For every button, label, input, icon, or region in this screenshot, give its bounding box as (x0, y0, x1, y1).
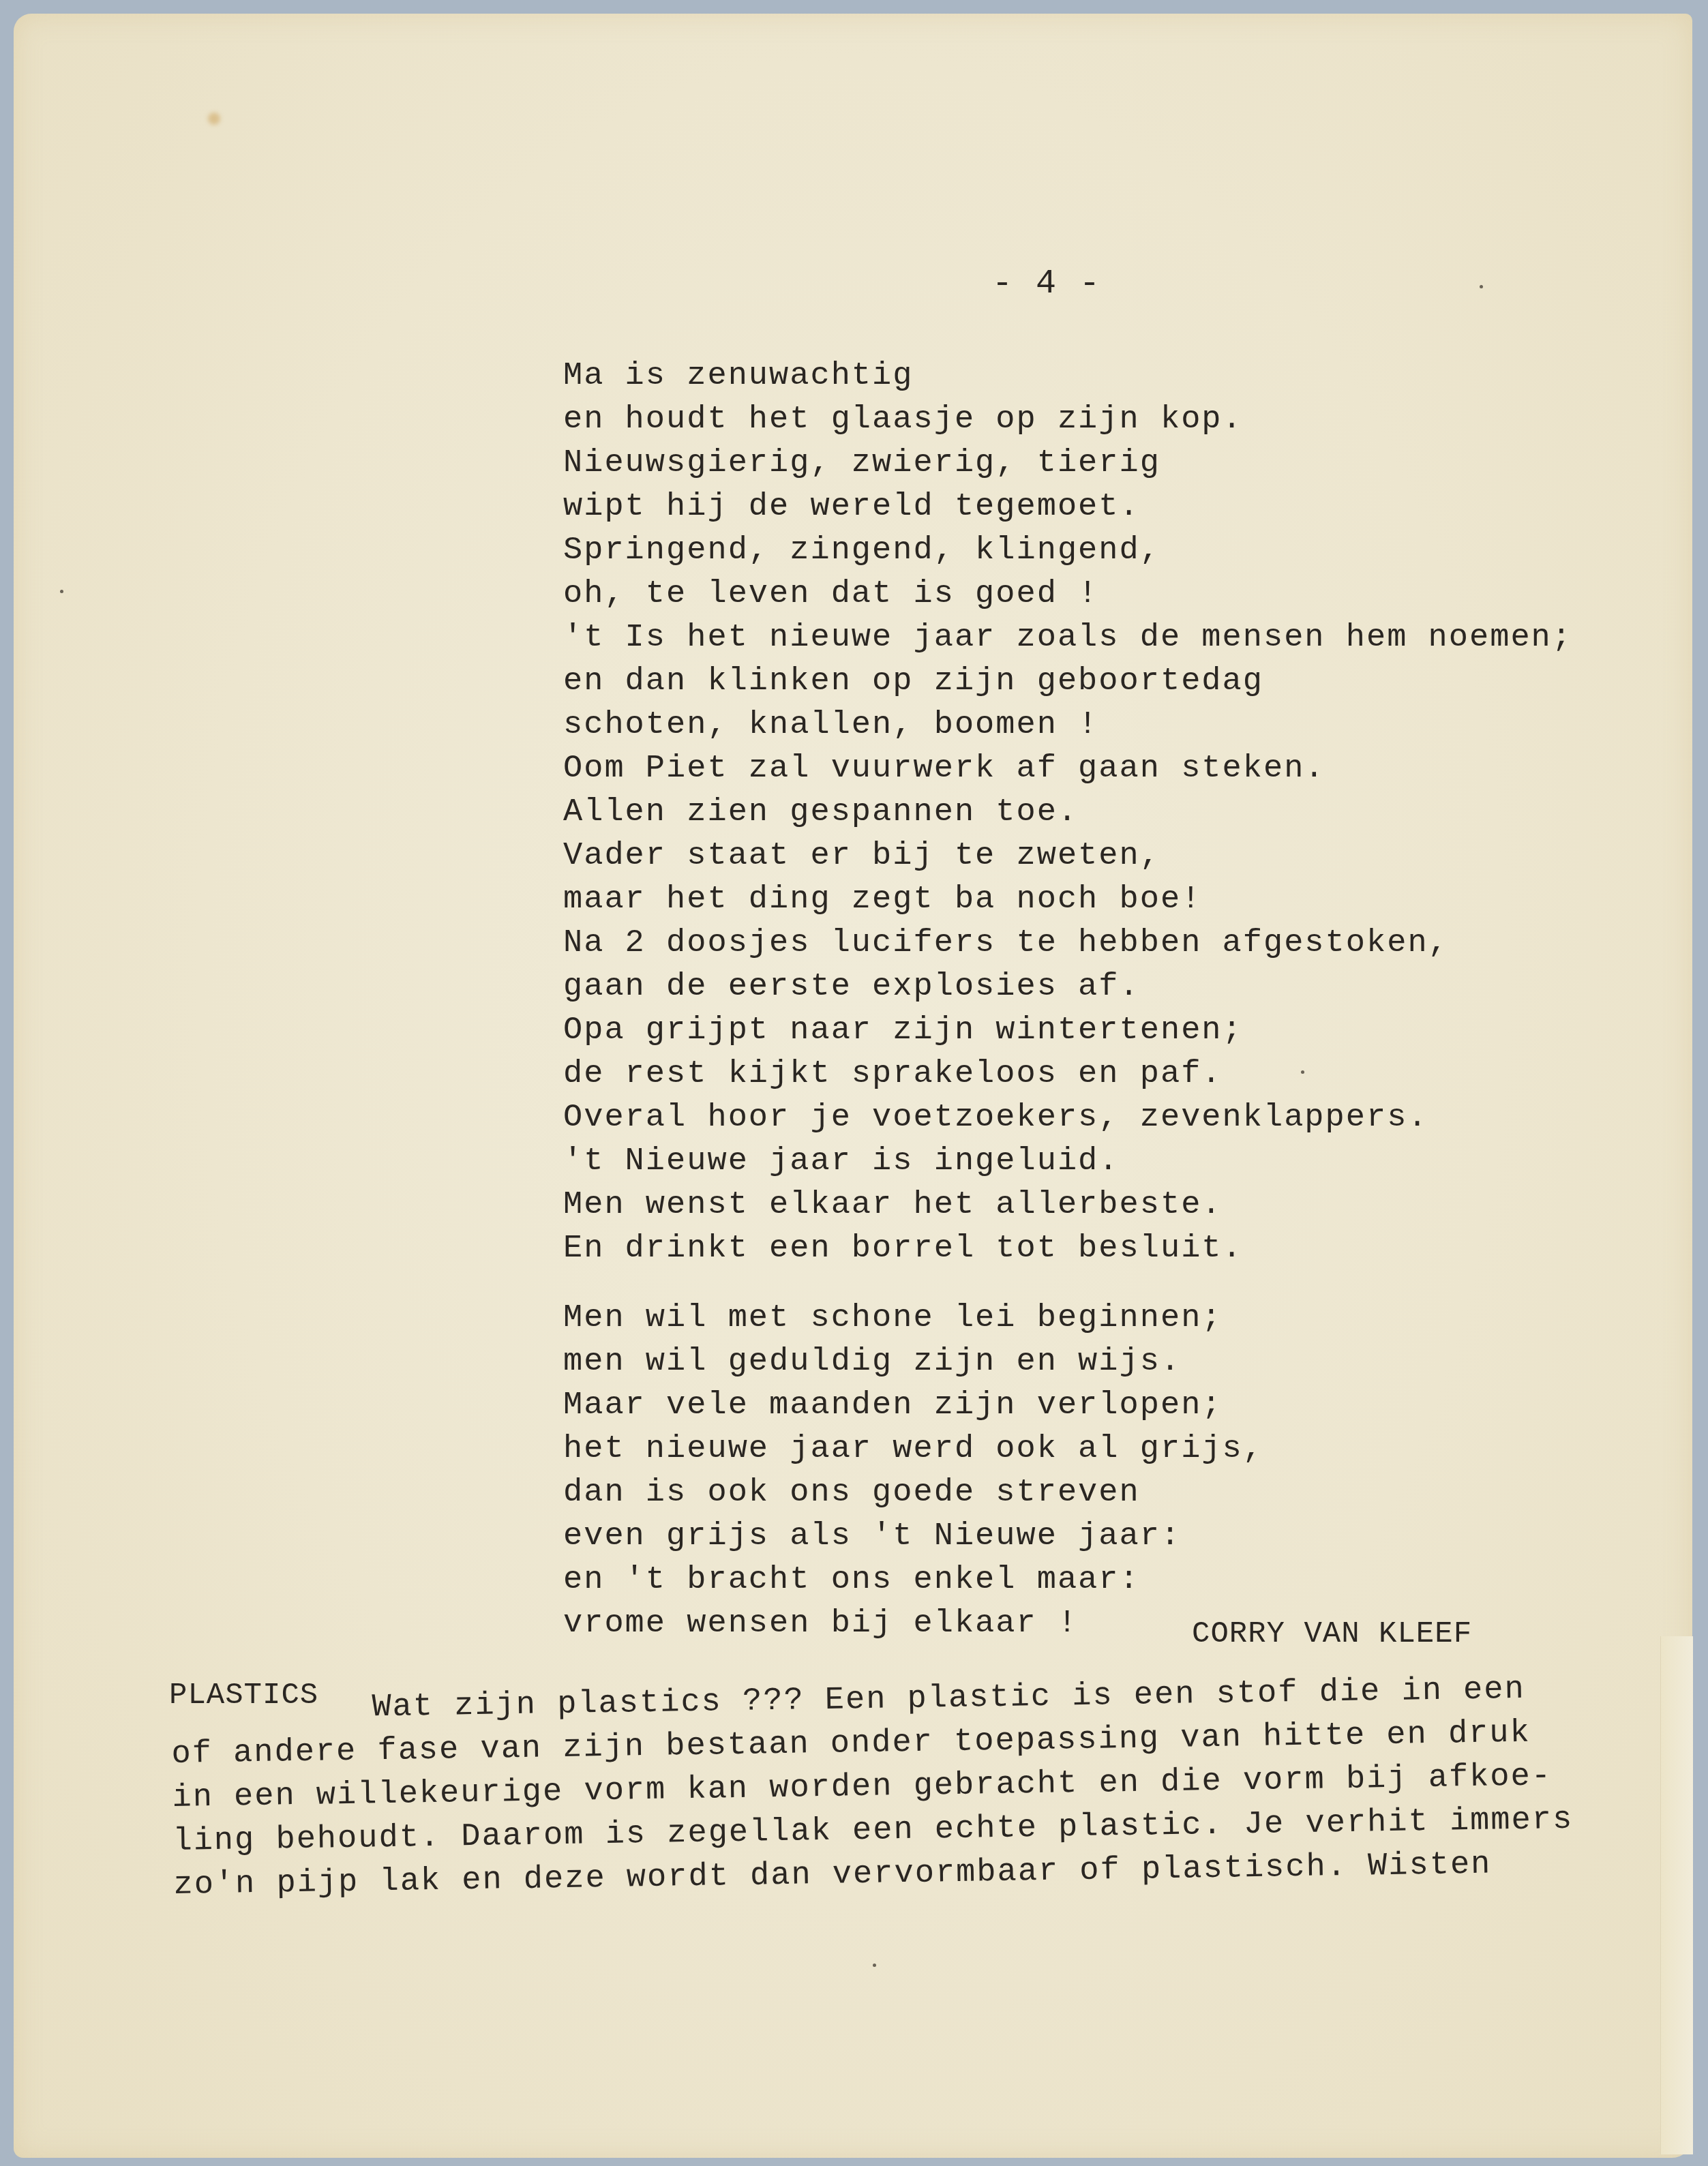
poem-author: CORRY VAN KLEEF (1192, 1617, 1472, 1651)
poem-line: En drinkt een borrel tot besluit. (563, 1227, 1572, 1271)
paper-stain (208, 112, 220, 125)
poem-line: maar het ding zegt ba noch boe! (563, 878, 1572, 922)
poem-line: en dan klinken op zijn geboortedag (563, 660, 1572, 704)
poem-line: men wil geduldig zijn en wijs. (563, 1340, 1572, 1384)
poem-line: het nieuwe jaar werd ook al grijs, (563, 1428, 1572, 1471)
poem-line: 't Is het nieuwe jaar zoals de mensen he… (563, 616, 1572, 660)
page-fold-edge (1660, 1636, 1693, 2154)
poem-line: en houdt het glaasje op zijn kop. (563, 398, 1572, 442)
poem-line: dan is ook ons goede streven (563, 1471, 1572, 1515)
poem-line: gaan de eerste explosies af. (563, 965, 1572, 1009)
poem-line: even grijs als 't Nieuwe jaar: (563, 1515, 1572, 1559)
poem-line: 't Nieuwe jaar is ingeluid. (563, 1140, 1572, 1184)
stanza-gap (563, 1271, 1572, 1297)
poem-line: Overal hoor je voetzoekers, zevenklapper… (563, 1096, 1572, 1140)
poem-line: Oom Piet zal vuurwerk af gaan steken. (563, 747, 1572, 791)
poem-line: wipt hij de wereld tegemoet. (563, 485, 1572, 529)
poem-line: Ma is zenuwachtig (563, 355, 1572, 398)
poem-stanza-1: Ma is zenuwachtig en houdt het glaasje o… (563, 355, 1572, 1271)
ink-speck (873, 1964, 876, 1967)
poem-line: Vader staat er bij te zweten, (563, 834, 1572, 878)
poem-line: Maar vele maanden zijn verlopen; (563, 1384, 1572, 1428)
poem-line: Allen zien gespannen toe. (563, 791, 1572, 834)
poem-line: Opa grijpt naar zijn wintertenen; (563, 1009, 1572, 1053)
poem: Ma is zenuwachtig en houdt het glaasje o… (563, 355, 1572, 1646)
poem-line: oh, te leven dat is goed ! (563, 573, 1572, 616)
page-number: - 4 - (992, 265, 1101, 303)
poem-line: Springend, zingend, klingend, (563, 529, 1572, 573)
ink-speck (60, 590, 63, 593)
poem-line: Men wenst elkaar het allerbeste. (563, 1184, 1572, 1227)
poem-line: Nieuwsgierig, zwierig, tierig (563, 442, 1572, 485)
ink-speck (1480, 285, 1483, 288)
poem-line: en 't bracht ons enkel maar: (563, 1559, 1572, 1602)
poem-line: de rest kijkt sprakeloos en paf. (563, 1053, 1572, 1096)
poem-line: schoten, knallen, boomen ! (563, 704, 1572, 747)
poem-line: Men wil met schone lei beginnen; (563, 1297, 1572, 1340)
poem-stanza-2: Men wil met schone lei beginnen; men wil… (563, 1297, 1572, 1646)
poem-line: Na 2 doosjes lucifers te hebben afgestok… (563, 922, 1572, 965)
article-plastics: Wat zijn plastics ??? Een plastic is een… (170, 1668, 1574, 1908)
